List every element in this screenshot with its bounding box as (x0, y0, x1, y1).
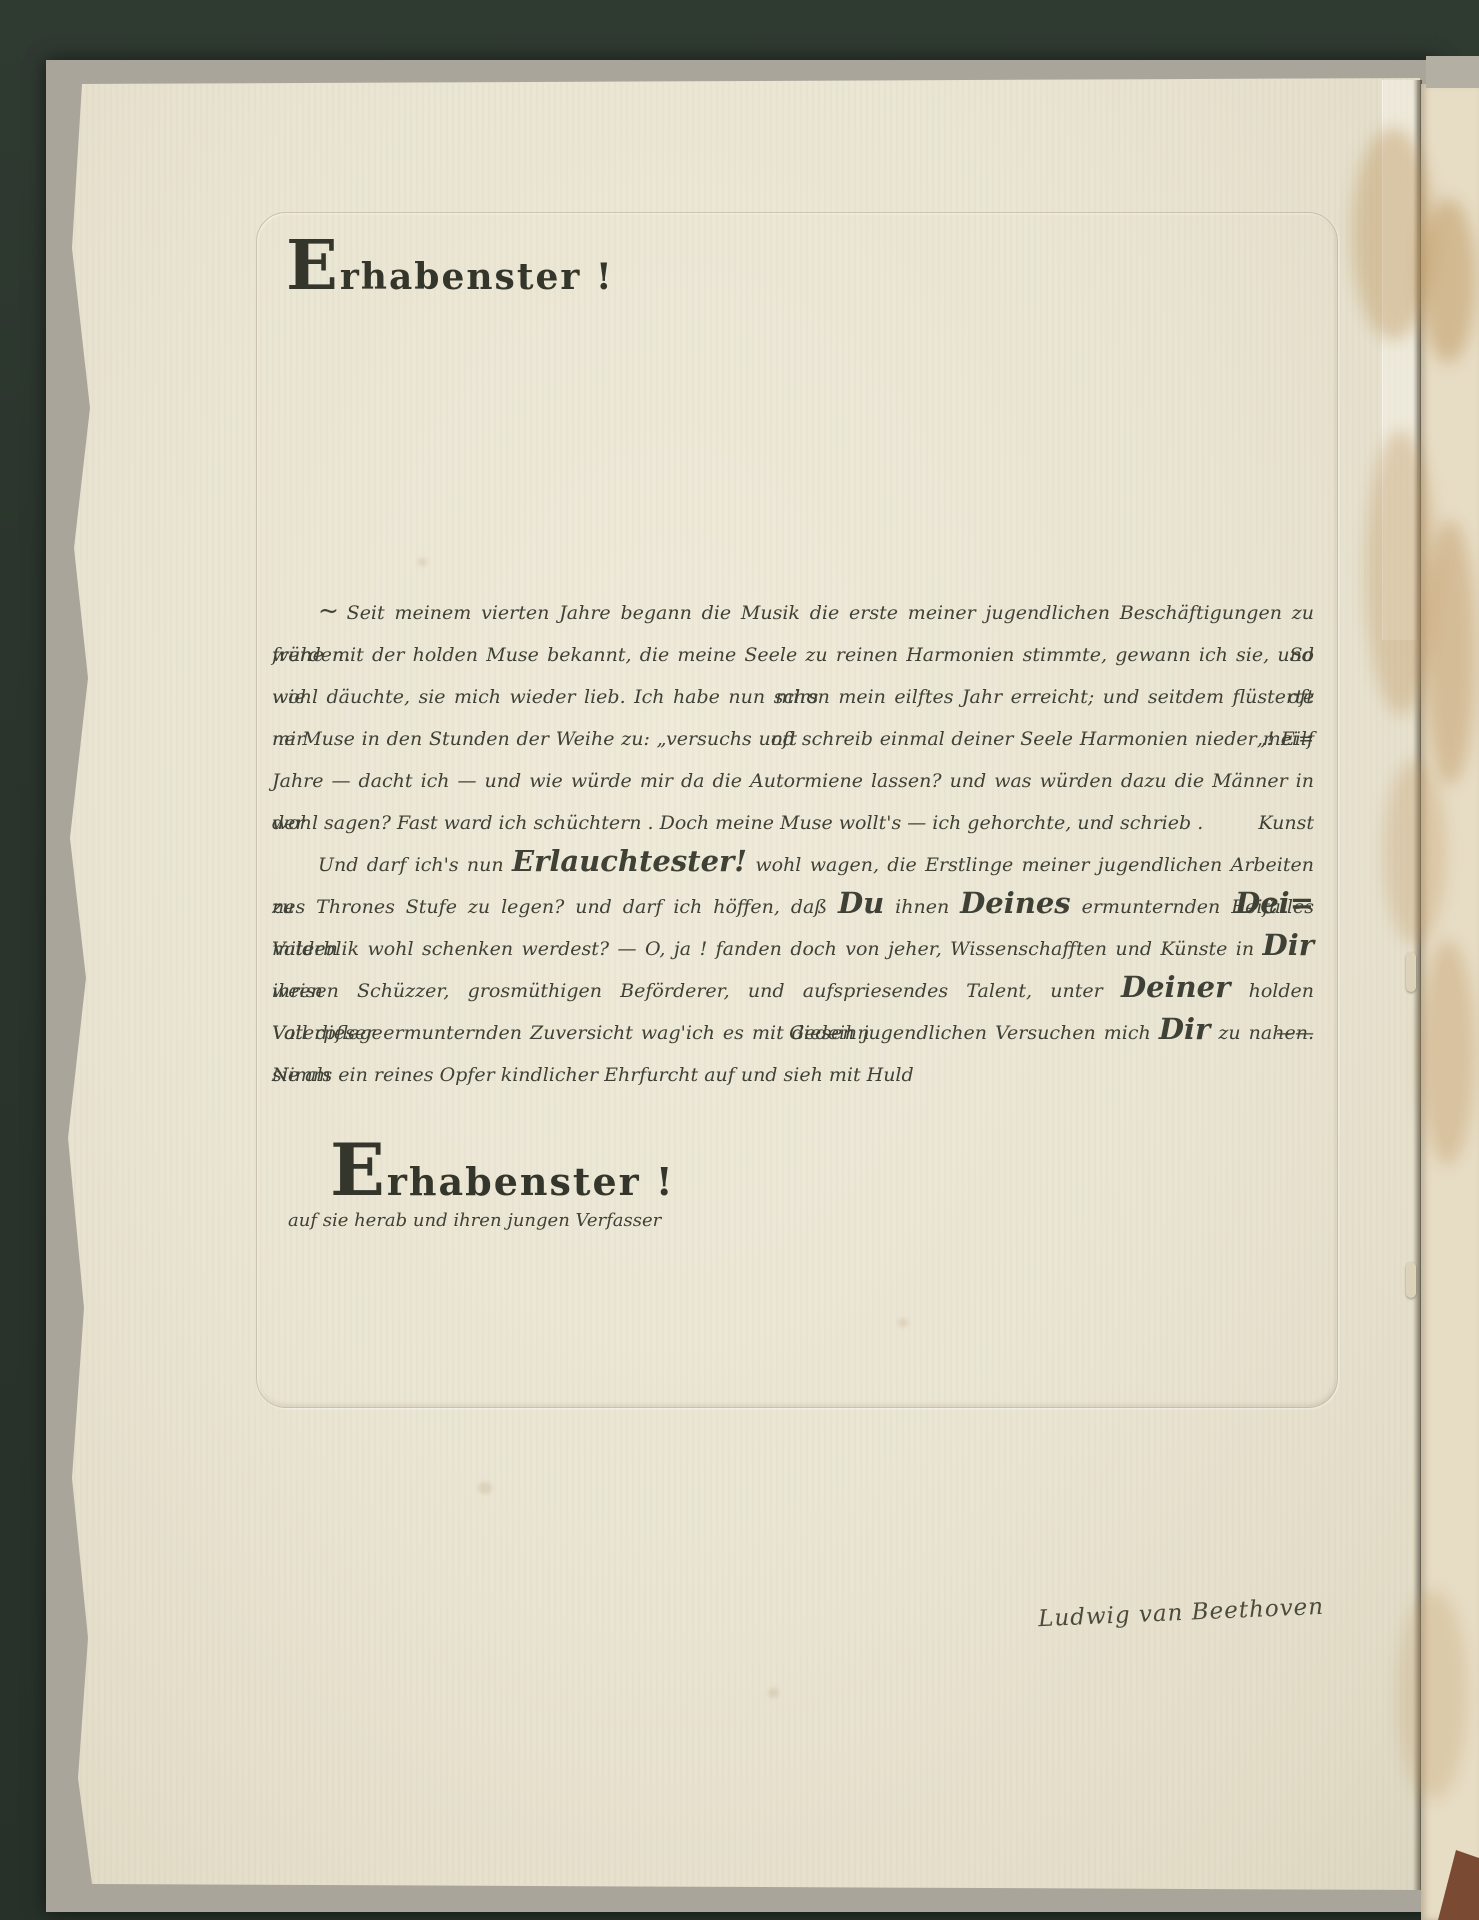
text-line: sie als ein reines Opfer kindlicher Ehrf… (272, 1054, 1314, 1096)
text-segment: nes Thrones Stufe zu legen? und darf ich… (272, 896, 838, 918)
foxing-spot (898, 1318, 908, 1327)
text-line: wohl däuchte, sie mich wieder lieb. Ich … (272, 676, 1314, 718)
foxing-spot (478, 1482, 492, 1494)
closing-heading: Erhabenster ! (330, 1134, 675, 1206)
text-segment: weisen Schüzzer, grosmüthigen Beförderer… (272, 980, 1121, 1002)
closing-line: auf sie herab und ihren jungen Verfasser (288, 1210, 661, 1231)
text-line: weisen Schüzzer, grosmüthigen Beförderer… (272, 970, 1314, 1012)
text-line: wohl sagen? Fast ward ich schüchtern . D… (272, 802, 1314, 844)
stain (1420, 198, 1476, 363)
honorific-word: Erlauchtester! (512, 844, 747, 878)
mat-tab (1426, 56, 1479, 88)
dedication-body: ~ Seit meinem vierten Jahre begann die M… (272, 592, 1314, 1096)
honorific-word: Dir (1263, 928, 1314, 962)
dedication-heading: Erhabenster ! (286, 232, 614, 300)
binding-stitch (1406, 952, 1416, 992)
honorific-word: Deines (960, 886, 1070, 920)
binding-stitch (1406, 1262, 1416, 1298)
stain (1384, 760, 1446, 945)
stain (1398, 1590, 1468, 1800)
text-segment: Voll dieser ermunternden Zuversicht wag'… (272, 1022, 1159, 1044)
text-segment: sie als ein reines Opfer kindlicher Ehrf… (272, 1064, 914, 1086)
text-line: nes Thrones Stufe zu legen? und darf ich… (272, 886, 1314, 928)
text-segment: ihnen (884, 896, 960, 918)
stain (1420, 940, 1475, 1165)
text-line: ~ Seit meinem vierten Jahre begann die M… (272, 592, 1314, 634)
foxing-spot (768, 1688, 779, 1698)
text-line: Voll dieser ermunternden Zuversicht wag'… (272, 1012, 1314, 1054)
text-segment: Vaterblik wohl schenken werdest? — O, ja… (272, 938, 1263, 960)
text-line: frühe mit der holden Muse bekannt, die m… (272, 634, 1314, 676)
text-segment: ~ (318, 596, 347, 625)
foxing-spot (418, 558, 427, 566)
text-line: ne Muse in den Stunden der Weihe zu: „ve… (272, 718, 1314, 760)
text-line: Und darf ich's nun Erlauchtester! wohl w… (272, 844, 1314, 886)
text-segment: Und darf ich's nun (318, 854, 512, 876)
honorific-word: Deiner (1121, 970, 1230, 1004)
stain (1424, 520, 1476, 785)
honorific-word: Dir (1159, 1012, 1210, 1046)
honorific-word: Du (838, 886, 884, 920)
text-segment: wohl sagen? Fast ward ich schüchtern . D… (272, 812, 1203, 834)
text-line: Vaterblik wohl schenken werdest? — O, ja… (272, 928, 1314, 970)
text-line: Jahre — dacht ich — und wie würde mir da… (272, 760, 1314, 802)
text-segment: ne Muse in den Stunden der Weihe zu: „ve… (272, 728, 1314, 750)
